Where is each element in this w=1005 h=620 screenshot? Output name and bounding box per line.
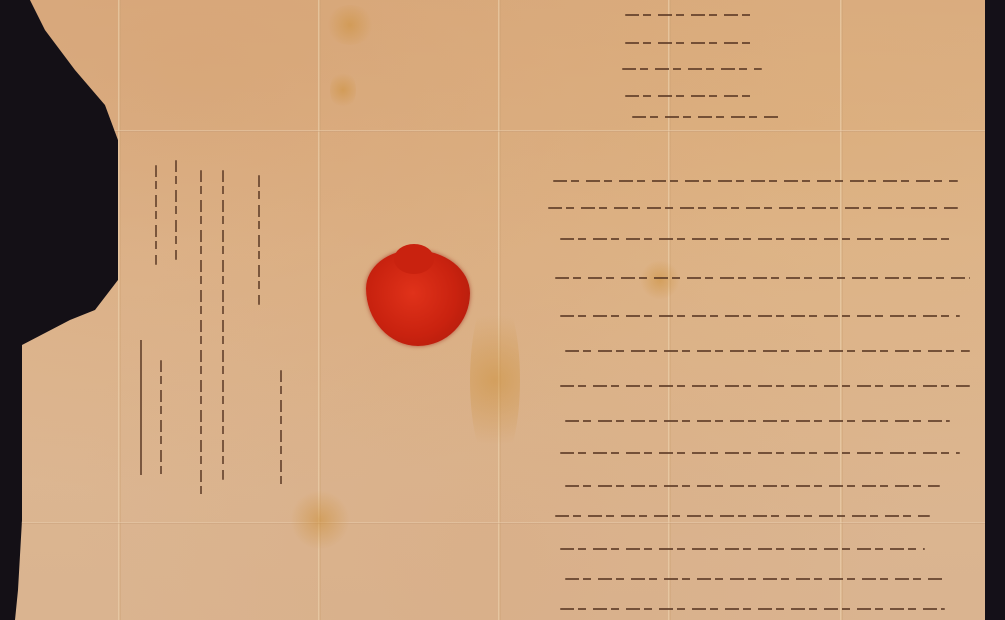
fold-crease [118,0,121,620]
paper-stain [330,70,356,110]
fold-crease [20,522,985,524]
paper-stain [325,5,375,45]
letter-photograph [0,0,1005,620]
letter-paper [0,0,985,620]
paper-stain [290,490,350,550]
fold-crease [840,0,843,620]
wax-seal [366,250,470,346]
paper-stain [470,290,520,470]
fold-crease [668,0,671,620]
paper-stain [640,260,680,300]
background-edge [985,0,1005,620]
fold-crease [20,130,985,132]
